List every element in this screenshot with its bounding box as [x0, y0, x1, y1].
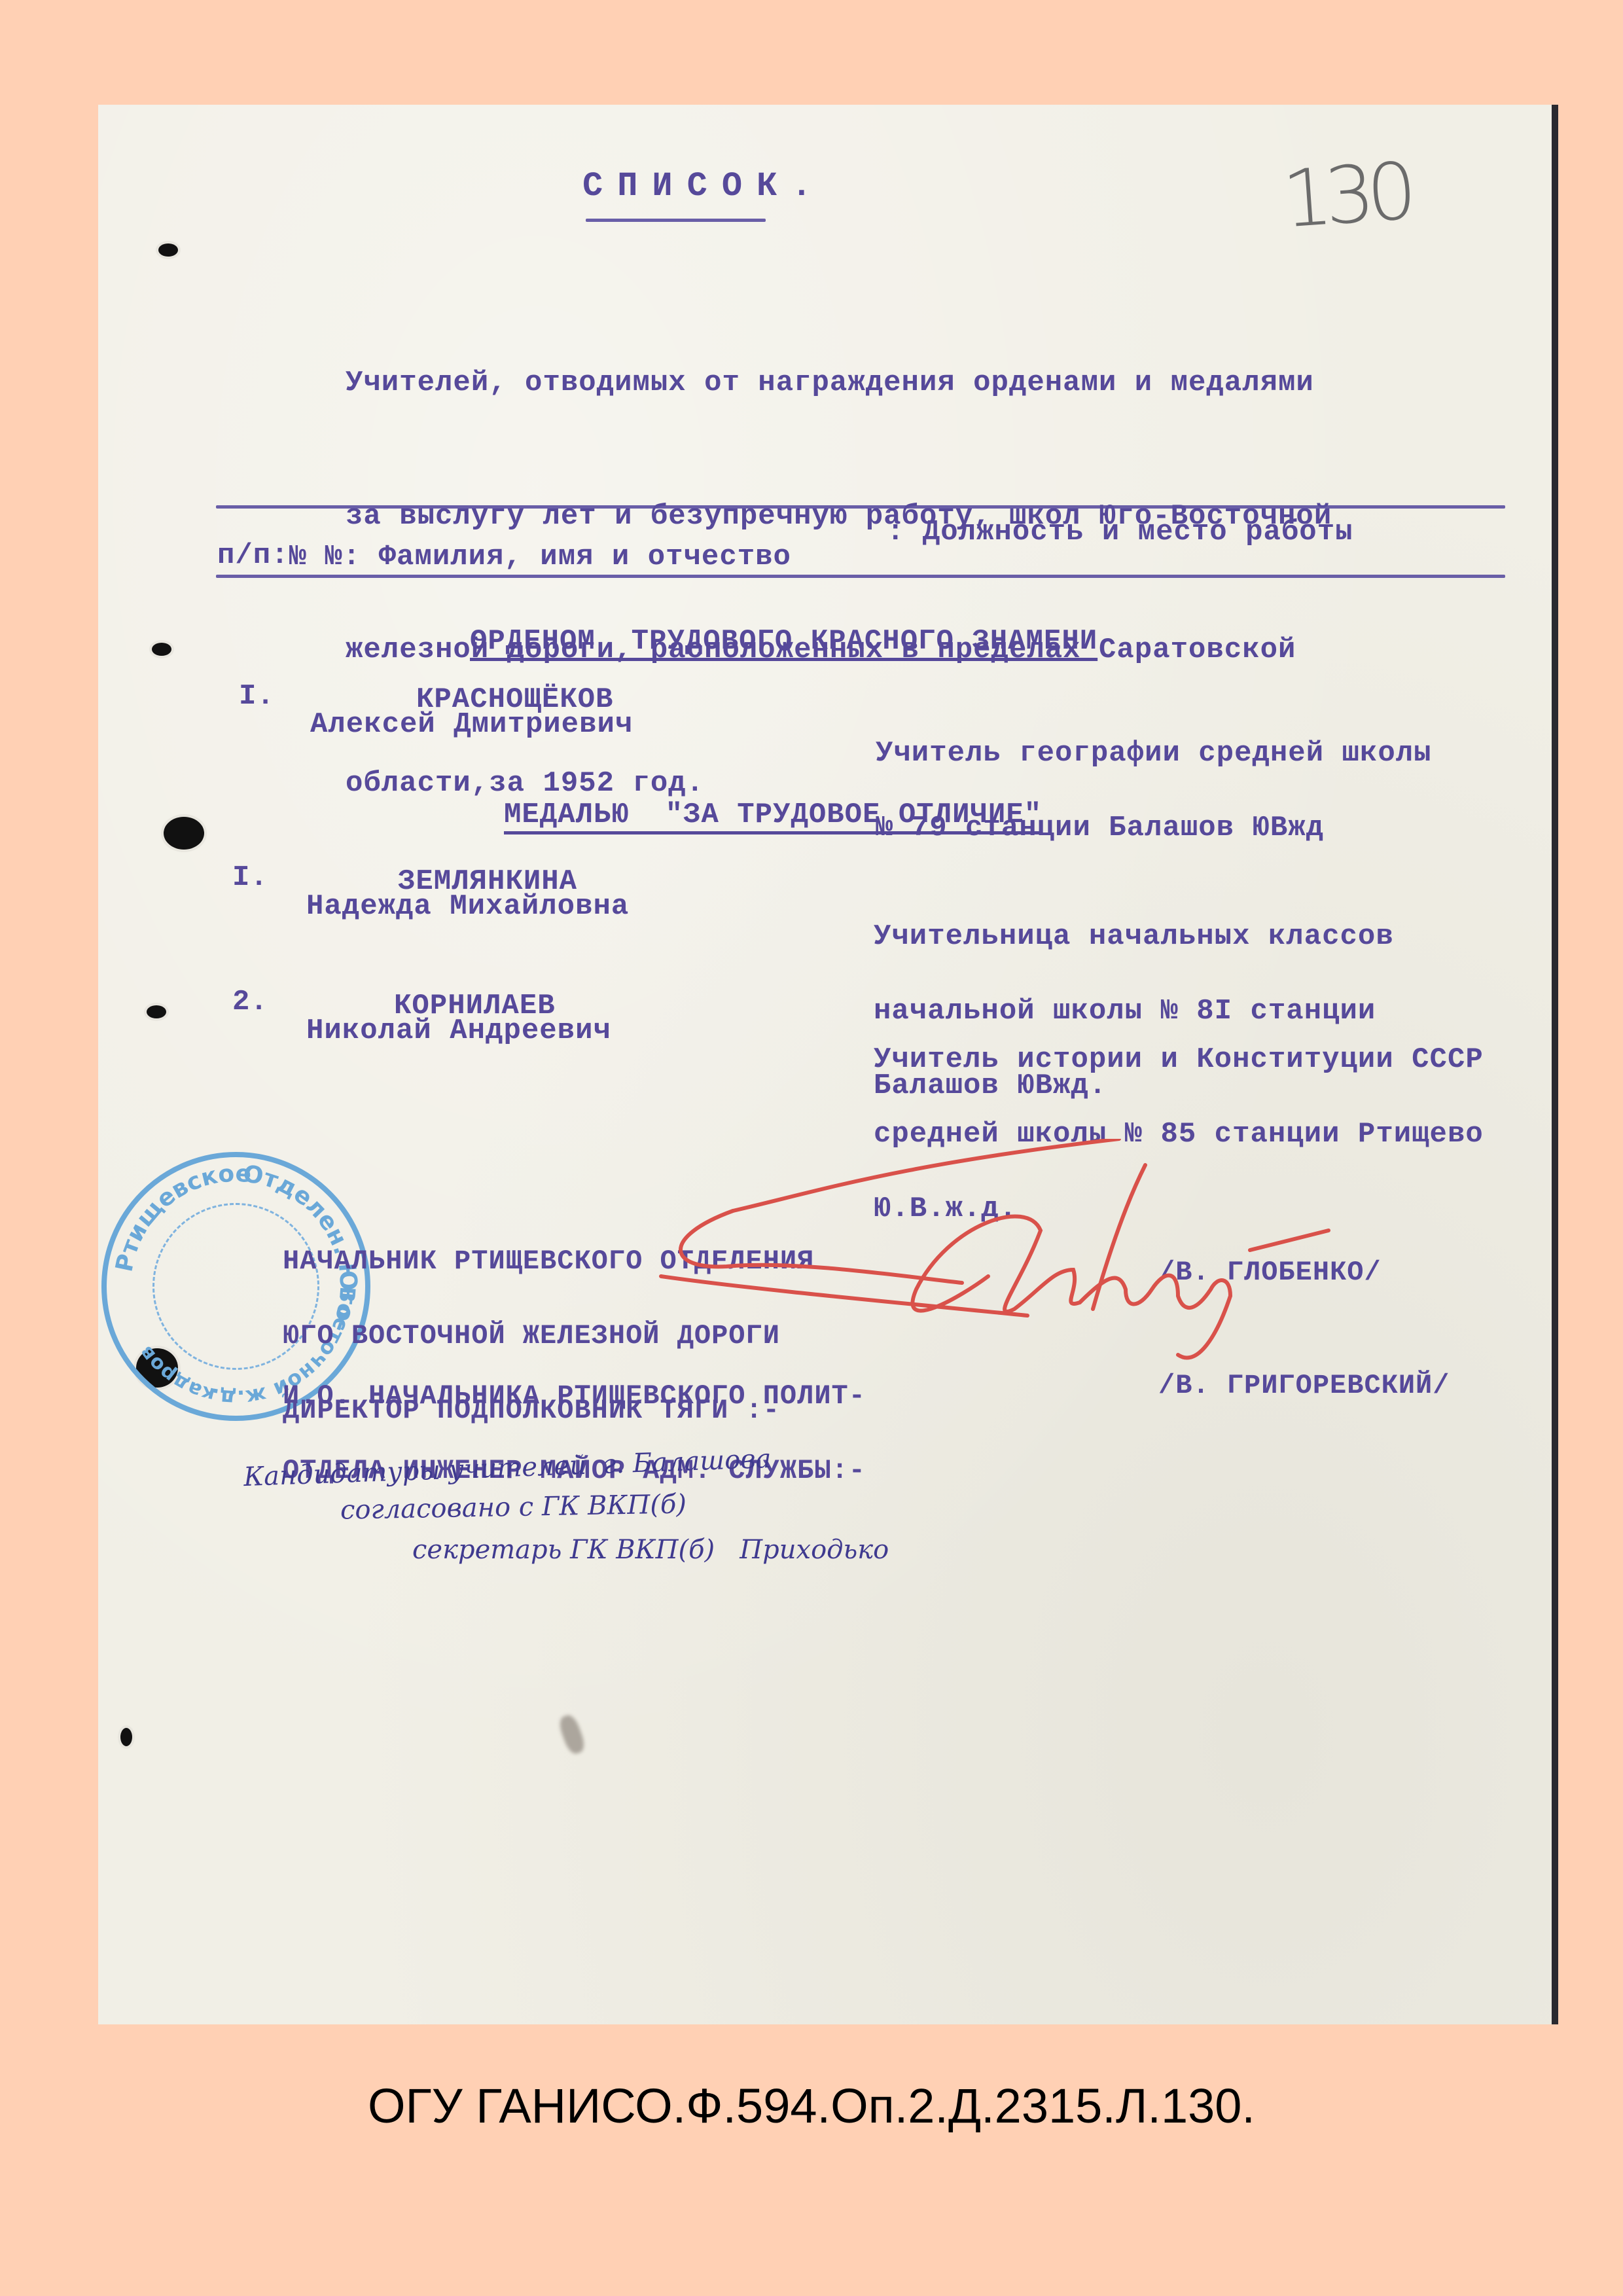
- header-name-col: Фамилия, имя и отчество: [379, 541, 791, 573]
- subtitle-line: Учителей, отводимых от награждения орден…: [346, 361, 1332, 405]
- entry-position: Учитель географии средней школы № 79 ста…: [876, 691, 1432, 890]
- handwritten-note-line: согласовано с ГК ВКП(б): [340, 1489, 687, 1525]
- document-title: СПИСОК.: [582, 167, 826, 206]
- entry-given-names: Алексей Дмитриевич: [310, 712, 633, 737]
- handwritten-page-number: 130: [1279, 146, 1412, 245]
- entry-number: I.: [239, 684, 275, 709]
- header-number-col-line2: п/п:: [217, 541, 289, 571]
- signatory-name: /В. ГРИГОРЕВСКИЙ/: [1158, 1373, 1450, 1398]
- paper-smudge: [557, 1713, 588, 1756]
- table-header: № №: Фамилия, имя и отчество: [217, 512, 791, 602]
- svg-text:Ртищевское: Ртищевское: [111, 1160, 252, 1274]
- archival-document-page: 130 СПИСОК. Учителей, отводимых от награ…: [98, 105, 1558, 2024]
- header-number-col: № №:: [289, 541, 361, 573]
- punch-hole: [152, 643, 171, 656]
- position-line: Учительница начальных классов: [874, 924, 1394, 949]
- entry-number: 2.: [232, 990, 268, 1014]
- punch-hole: [164, 817, 204, 850]
- position-line: Учитель истории и Конституции СССР: [874, 1047, 1484, 1072]
- entry-given-names: Николай Андреевич: [306, 1018, 611, 1043]
- entry-number: I.: [232, 865, 268, 890]
- handwritten-note-line: секретарь ГК ВКП(б) Приходько: [412, 1535, 889, 1565]
- punch-hole: [158, 243, 178, 257]
- section-heading-order: ОРДЕНОМ ТРУДОВОГО КРАСНОГО ЗНАМЕНИ: [470, 625, 1097, 658]
- section-heading-medal: МЕДАЛЬЮ "ЗА ТРУДОВОЕ ОТЛИЧИЕ": [504, 798, 1042, 831]
- header-position-col: : Должность и место работы: [887, 517, 1353, 547]
- svg-text:кадров: кадров: [135, 1342, 217, 1407]
- position-line: Учитель географии средней школы: [876, 741, 1432, 766]
- signatory-title-line: И.О. НАЧАЛЬНИКА РТИЩЕВСКОГО ПОЛИТ-: [283, 1384, 866, 1408]
- archive-reference-caption: ОГУ ГАНИСО.Ф.594.Оп.2.Д.2315.Л.130.: [0, 2078, 1623, 2134]
- title-underline: [586, 219, 766, 222]
- table-header-bottom-rule: [216, 575, 1505, 578]
- table-header-top-rule: [216, 505, 1505, 509]
- punch-hole: [147, 1005, 166, 1018]
- entry-given-names: Надежда Михайловна: [306, 894, 629, 919]
- punch-hole: [120, 1728, 132, 1746]
